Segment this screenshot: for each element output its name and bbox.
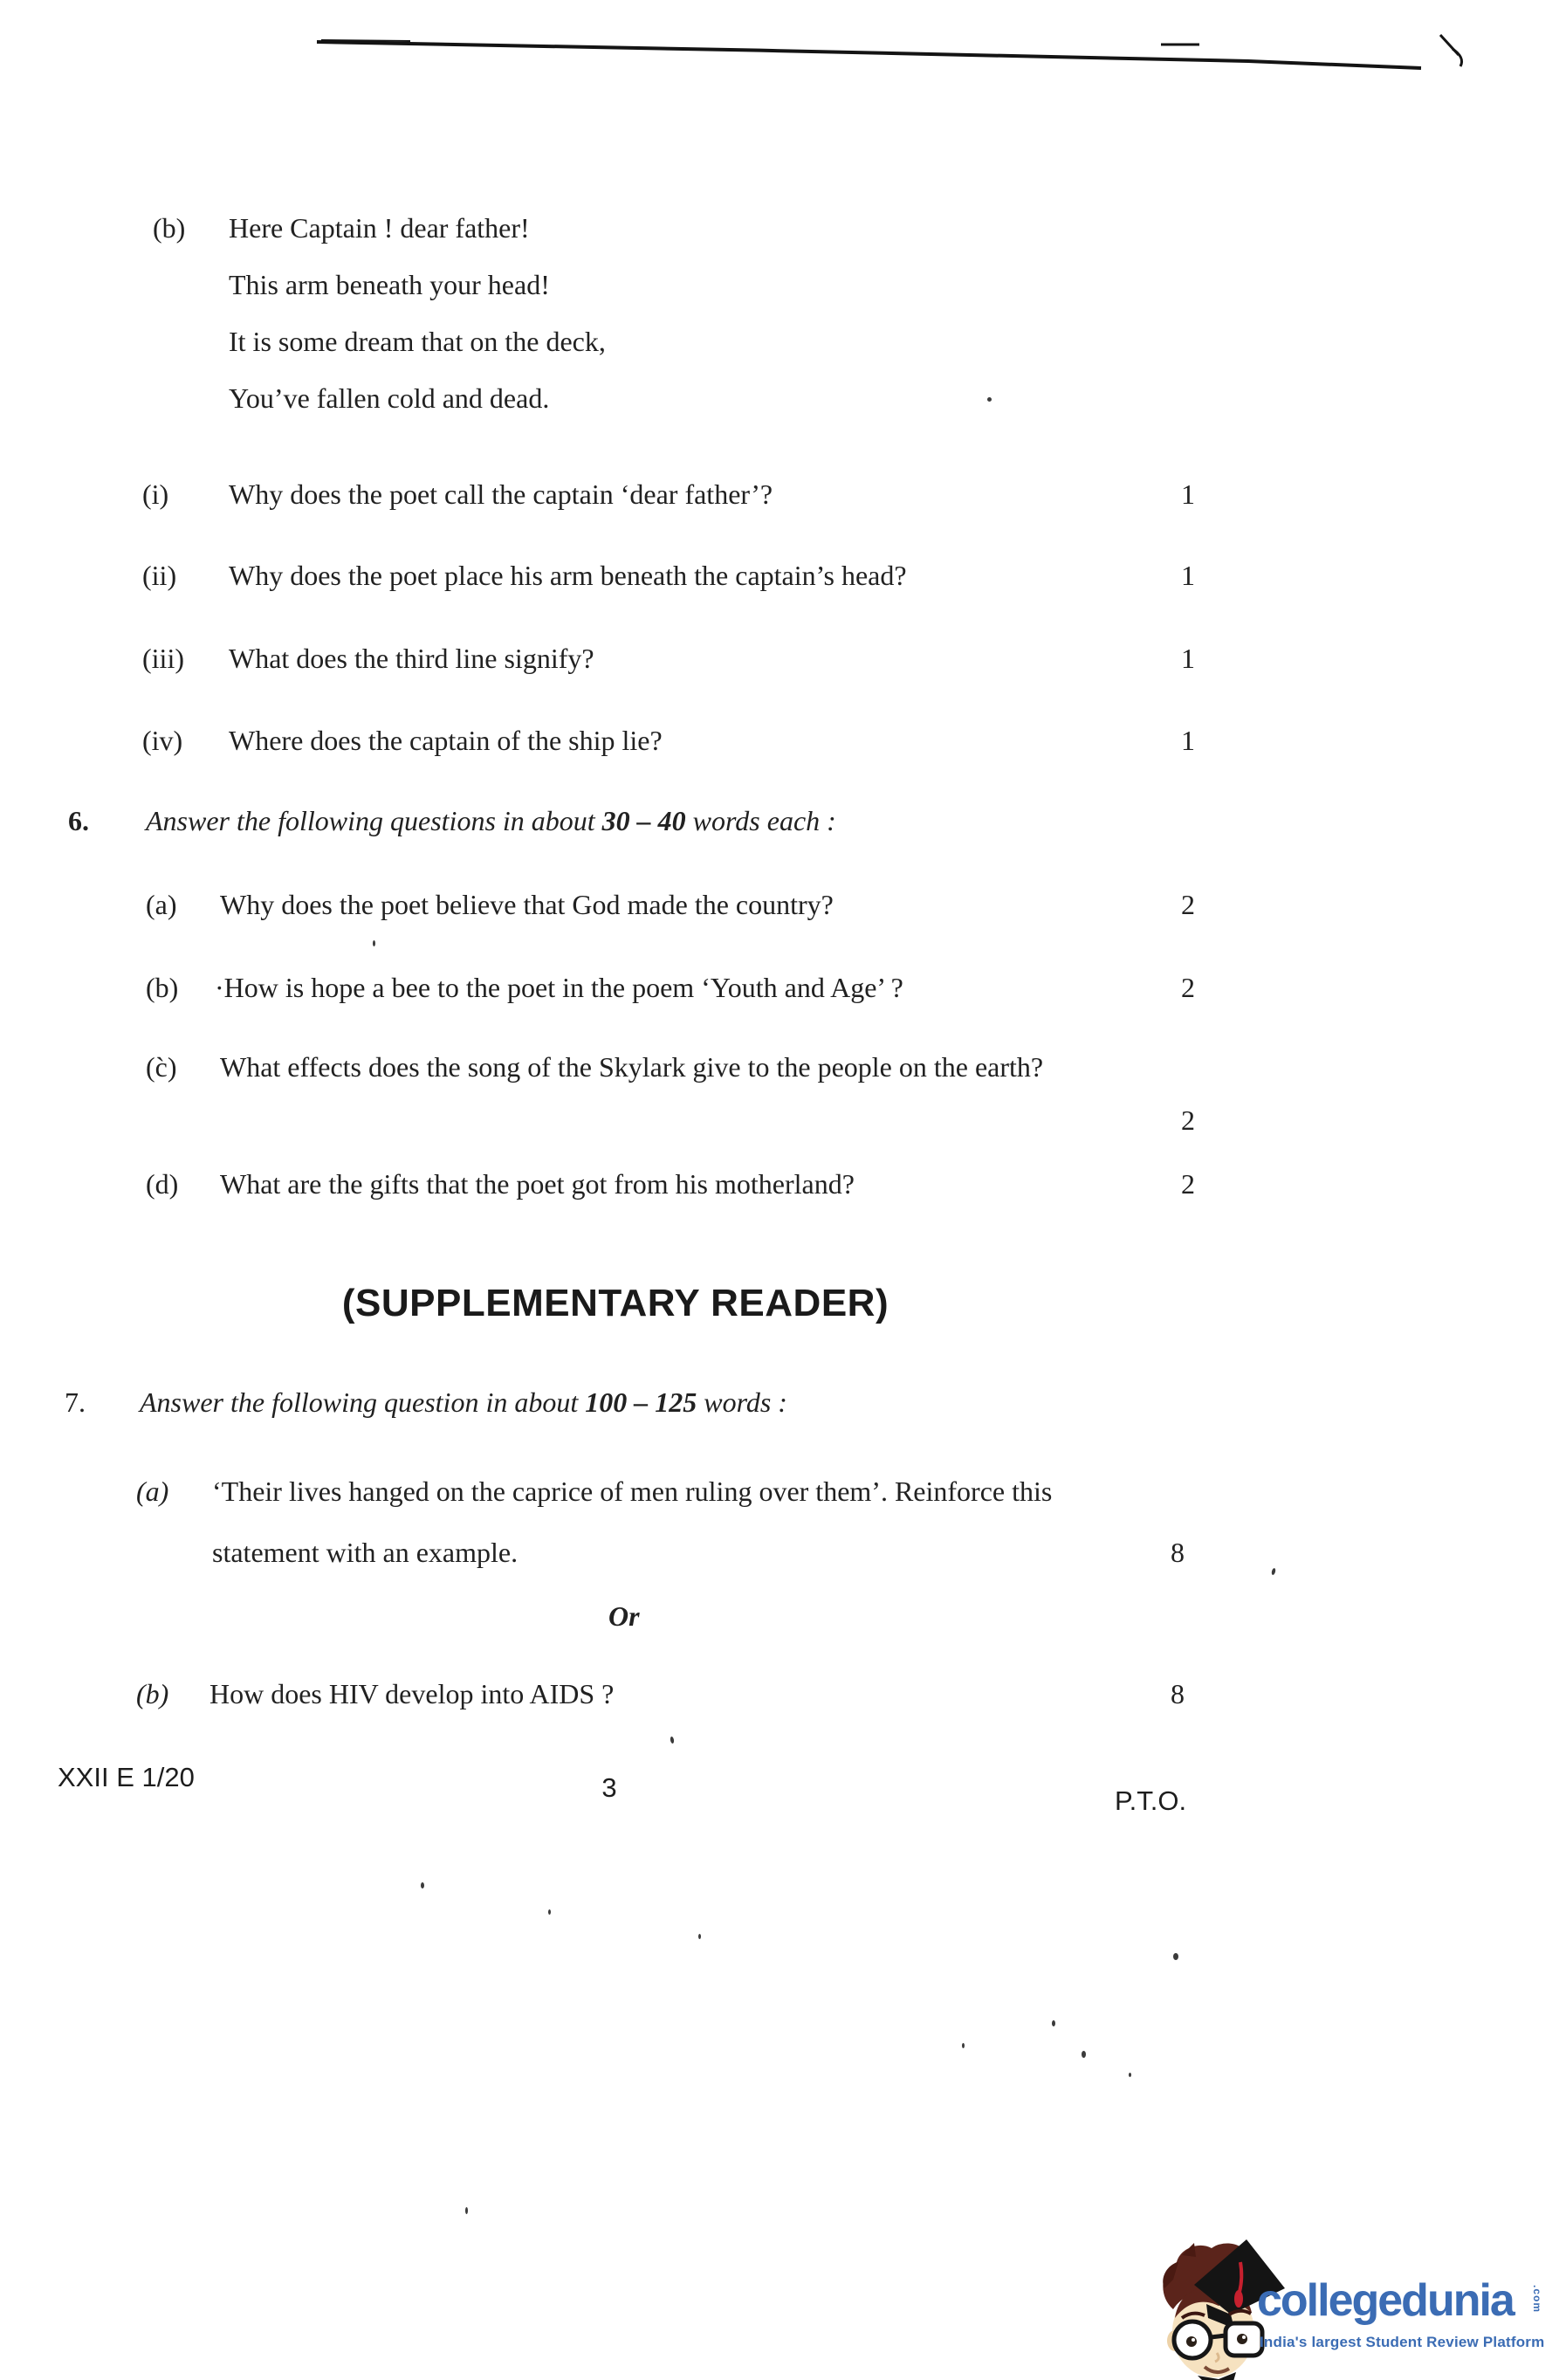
question-text-line2: statement with an example. xyxy=(212,1537,518,1569)
section-heading: (SUPPLEMENTARY READER) xyxy=(306,1282,925,1325)
or-separator: Or xyxy=(608,1600,640,1633)
scan-speck xyxy=(373,940,375,946)
question-text: Where does the captain of the ship lie? xyxy=(229,725,663,757)
scan-speck xyxy=(987,397,992,402)
scan-speck xyxy=(1271,1568,1276,1576)
question-instruction: Answer the following questions in about … xyxy=(146,805,836,837)
scan-speck xyxy=(670,1737,674,1744)
question-label: (ii) xyxy=(142,560,176,592)
footer-pto: P.T.O. xyxy=(1115,1785,1186,1817)
scan-artifact-line xyxy=(0,0,1559,113)
scanned-exam-page: (b) Here Captain ! dear father! This arm… xyxy=(0,0,1559,2380)
scan-speck xyxy=(421,1882,424,1888)
question-text: What effects does the song of the Skylar… xyxy=(220,1051,1043,1083)
marks-value: 1 xyxy=(1168,478,1208,511)
poem-label: (b) xyxy=(153,212,185,244)
brand-wordmark: collegedunia xyxy=(1257,2274,1514,2327)
question-label: (i) xyxy=(142,478,168,511)
brand-tagline: India's largest Student Review Platform xyxy=(1260,2334,1544,2351)
footer-paper-code: XXII E 1/20 xyxy=(58,1762,195,1793)
marks-value: 1 xyxy=(1168,725,1208,757)
poem-line: Here Captain ! dear father! xyxy=(229,212,530,244)
poem-line: You’ve fallen cold and dead. xyxy=(229,382,549,415)
scan-speck xyxy=(548,1909,551,1915)
question-label: (a) xyxy=(146,889,177,921)
marks-value: 1 xyxy=(1168,643,1208,675)
scan-speck xyxy=(1173,1953,1178,1960)
question-number: 6. xyxy=(68,805,89,837)
marks-value: 2 xyxy=(1168,889,1208,921)
marks-value: 2 xyxy=(1168,1104,1208,1137)
poem-line: This arm beneath your head! xyxy=(229,269,550,301)
question-label: (iii) xyxy=(142,643,184,675)
question-text: Why does the poet place his arm beneath … xyxy=(229,560,907,592)
scan-speck xyxy=(465,2207,468,2214)
question-text: What does the third line signify? xyxy=(229,643,594,675)
brand-tld: .com xyxy=(1531,2285,1543,2313)
collegedunia-logo: collegedunia .com India's largest Studen… xyxy=(1152,2222,1559,2380)
scan-speck xyxy=(1129,2073,1131,2077)
marks-value: 2 xyxy=(1168,1168,1208,1200)
question-label: (a) xyxy=(136,1475,168,1508)
question-label: (d) xyxy=(146,1168,178,1200)
question-text: How does HIV develop into AIDS ? xyxy=(209,1678,614,1710)
scan-speck xyxy=(1052,2020,1055,2026)
marks-value: 8 xyxy=(1157,1537,1198,1569)
question-text: What are the gifts that the poet got fro… xyxy=(220,1168,855,1200)
marks-value: 8 xyxy=(1157,1678,1198,1710)
poem-line: It is some dream that on the deck, xyxy=(229,326,606,358)
question-label: (b) xyxy=(146,972,178,1004)
scan-speck xyxy=(698,1934,701,1939)
question-text: Why does the poet believe that God made … xyxy=(220,889,834,921)
scan-speck xyxy=(1082,2051,1086,2058)
question-instruction: Answer the following question in about 1… xyxy=(140,1386,787,1419)
scan-speck xyxy=(962,2043,965,2048)
question-text-line1: ‘Their lives hanged on the caprice of me… xyxy=(212,1475,1052,1508)
marks-value: 2 xyxy=(1168,972,1208,1004)
question-text: ·How is hope a bee to the poet in the po… xyxy=(215,972,903,1004)
footer-page-number: 3 xyxy=(583,1772,635,1804)
question-label: (iv) xyxy=(142,725,182,757)
question-label: (b) xyxy=(136,1678,168,1710)
question-number: 7. xyxy=(65,1386,86,1419)
question-text: Why does the poet call the captain ‘dear… xyxy=(229,478,773,511)
question-label: (c̀) xyxy=(146,1051,177,1083)
marks-value: 1 xyxy=(1168,560,1208,592)
